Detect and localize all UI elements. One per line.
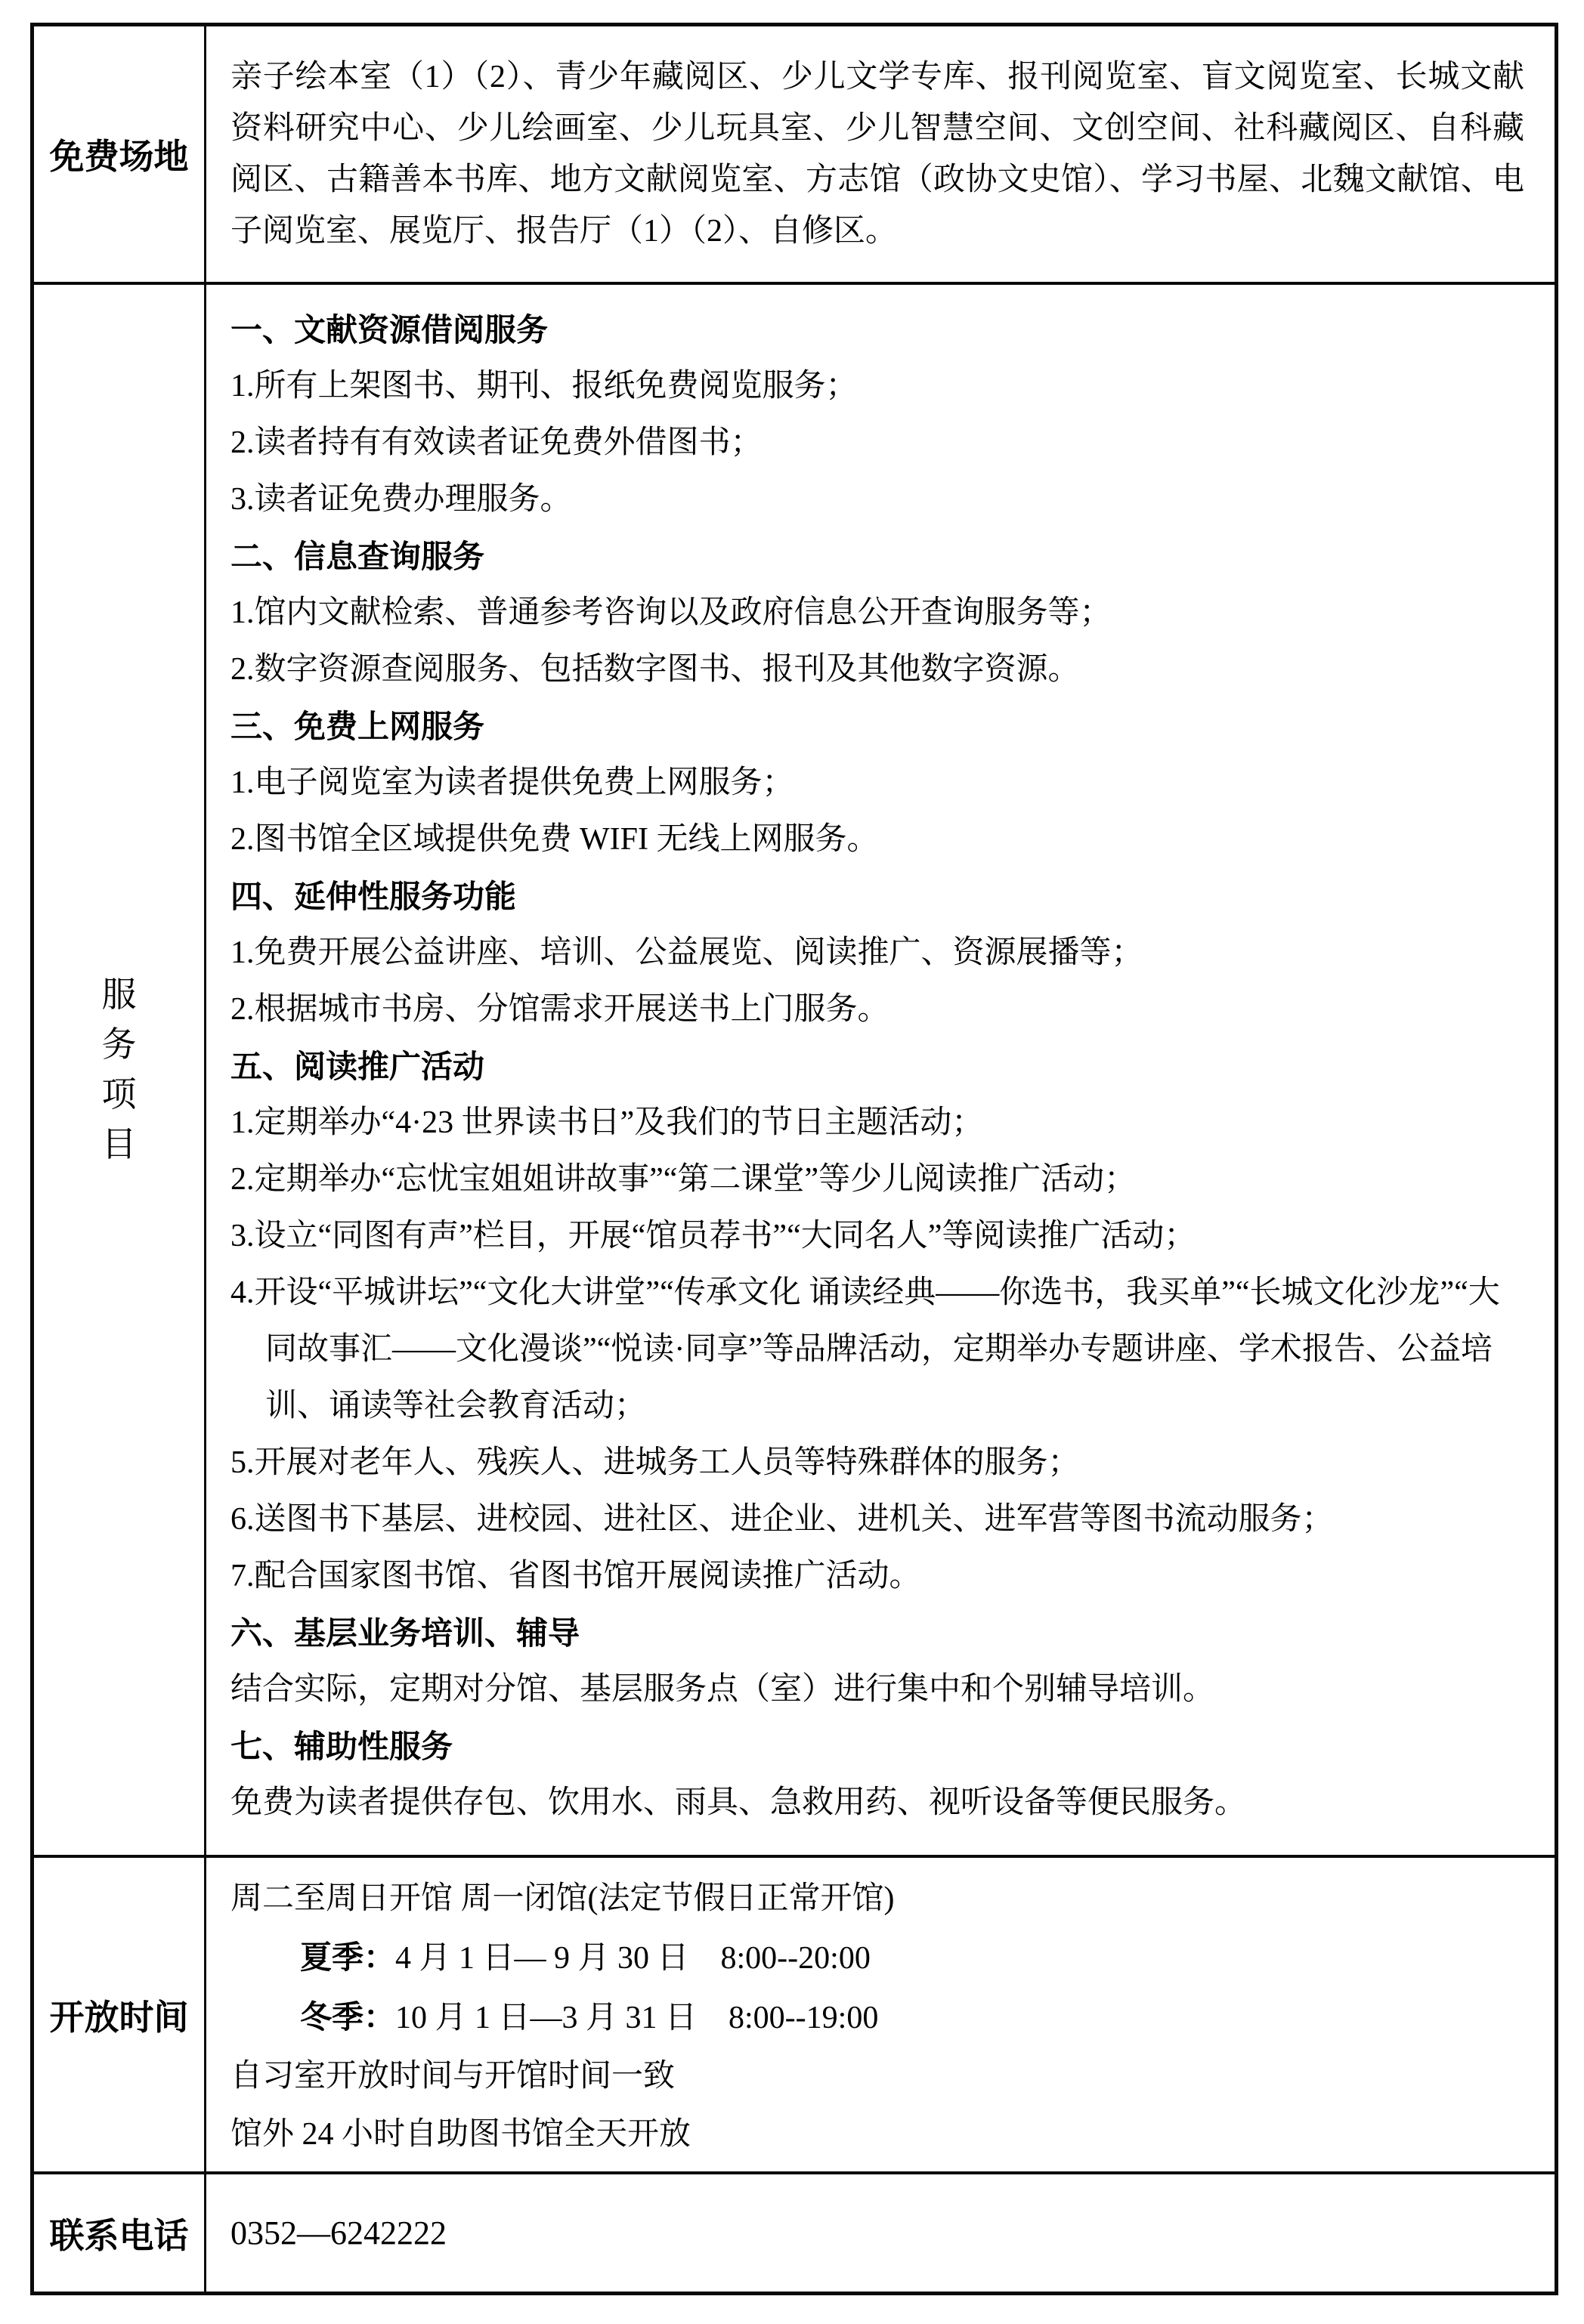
text-line: 1.馆内文献检索、普通参考咨询以及政府信息公开查询服务等；	[230, 585, 1524, 641]
text-line: 7.配合国家图书馆、省图书馆开展阅读推广活动。	[230, 1548, 1524, 1605]
text-line: 冬季：10 月 1 日—3 月 31 日 8:00--19:00	[230, 1988, 1524, 2047]
row-label-contact-phone: 联系电话	[34, 2174, 206, 2292]
season-label: 冬季：	[300, 1999, 395, 2035]
text-line: 5.开展对老年人、残疾人、进城务工人员等特殊群体的服务；	[230, 1435, 1524, 1491]
text-line: 二、信息查询服务	[230, 528, 1524, 585]
text-line: 1.定期举办“4·23 世界读书日”及我们的节日主题活动；	[230, 1095, 1524, 1151]
table-row-opening-hours: 开放时间 周二至周日开馆 周一闭馆(法定节假日正常开馆)夏季：4 月 1 日— …	[34, 1855, 1555, 2171]
text-line: 2.数字资源查阅服务、包括数字图书、报刊及其他数字资源。	[230, 641, 1524, 698]
text-line: 自习室开放时间与开馆时间一致	[230, 2047, 1524, 2106]
services-content: 一、文献资源借阅服务1.所有上架图书、期刊、报纸免费阅览服务；2.读者持有有效读…	[206, 285, 1555, 1855]
free-venues-content: 亲子绘本室（1）（2）、青少年藏阅区、少儿文学专库、报刊阅览室、盲文阅览室、长城…	[206, 26, 1555, 282]
text-line: 夏季：4 月 1 日— 9 月 30 日 8:00--20:00	[230, 1928, 1524, 1988]
text-line: 一、文献资源借阅服务	[230, 301, 1524, 358]
table-row-contact-phone: 联系电话 0352—6242222	[34, 2171, 1555, 2292]
text-line: 结合实际，定期对分馆、基层服务点（室）进行集中和个别辅导培训。	[230, 1661, 1524, 1718]
text-line: 七、辅助性服务	[230, 1718, 1524, 1775]
row-label-free-venues: 免费场地	[34, 26, 206, 282]
text-line: 3.设立“同图有声”栏目，开展“馆员荐书”“大同名人”等阅读推广活动；	[230, 1208, 1524, 1265]
text-line: 五、阅读推广活动	[230, 1038, 1524, 1095]
text-line: 4.开设“平城讲坛”“文化大讲堂”“传承文化 诵读经典——你选书，我买单”“长城…	[230, 1265, 1524, 1435]
table-row-services: 服 务 项 目 一、文献资源借阅服务1.所有上架图书、期刊、报纸免费阅览服务；2…	[34, 282, 1555, 1855]
season-label: 夏季：	[300, 1939, 395, 1975]
text-line: 免费为读者提供存包、饮用水、雨具、急救用药、视听设备等便民服务。	[230, 1775, 1524, 1831]
text-line: 馆外 24 小时自助图书馆全天开放	[230, 2106, 1524, 2164]
text-line: 2.定期举办“忘忧宝姐姐讲故事”“第二课堂”等少儿阅读推广活动；	[230, 1151, 1524, 1208]
phone-number: 0352—6242222	[230, 2214, 447, 2252]
text-line: 2.根据城市书房、分馆需求开展送书上门服务。	[230, 981, 1524, 1038]
text-line: 6.送图书下基层、进校园、进社区、进企业、进机关、进军营等图书流动服务；	[230, 1491, 1524, 1548]
text-line: 四、延伸性服务功能	[230, 868, 1524, 925]
library-service-table: 免费场地 亲子绘本室（1）（2）、青少年藏阅区、少儿文学专库、报刊阅览室、盲文阅…	[30, 23, 1558, 2295]
row-label-opening-hours: 开放时间	[34, 1858, 206, 2171]
free-venues-text: 亲子绘本室（1）（2）、青少年藏阅区、少儿文学专库、报刊阅览室、盲文阅览室、长城…	[230, 51, 1524, 257]
table-row-free-venues: 免费场地 亲子绘本室（1）（2）、青少年藏阅区、少儿文学专库、报刊阅览室、盲文阅…	[34, 26, 1555, 282]
text-line: 2.读者持有有效读者证免费外借图书；	[230, 415, 1524, 471]
text-line: 周二至周日开馆 周一闭馆(法定节假日正常开馆)	[230, 1870, 1524, 1928]
text-line: 六、基层业务培训、辅导	[230, 1605, 1524, 1661]
text-line: 1.所有上架图书、期刊、报纸免费阅览服务；	[230, 358, 1524, 415]
text-line: 1.免费开展公益讲座、培训、公益展览、阅读推广、资源展播等；	[230, 925, 1524, 981]
opening-hours-content: 周二至周日开馆 周一闭馆(法定节假日正常开馆)夏季：4 月 1 日— 9 月 3…	[206, 1858, 1555, 2171]
text-line: 1.电子阅览室为读者提供免费上网服务；	[230, 755, 1524, 811]
text-line: 3.读者证免费办理服务。	[230, 471, 1524, 528]
row-label-services: 服 务 项 目	[34, 285, 206, 1855]
contact-phone-content: 0352—6242222	[206, 2174, 1555, 2292]
text-line: 三、免费上网服务	[230, 698, 1524, 755]
text-line: 2.图书馆全区域提供免费 WIFI 无线上网服务。	[230, 811, 1524, 868]
